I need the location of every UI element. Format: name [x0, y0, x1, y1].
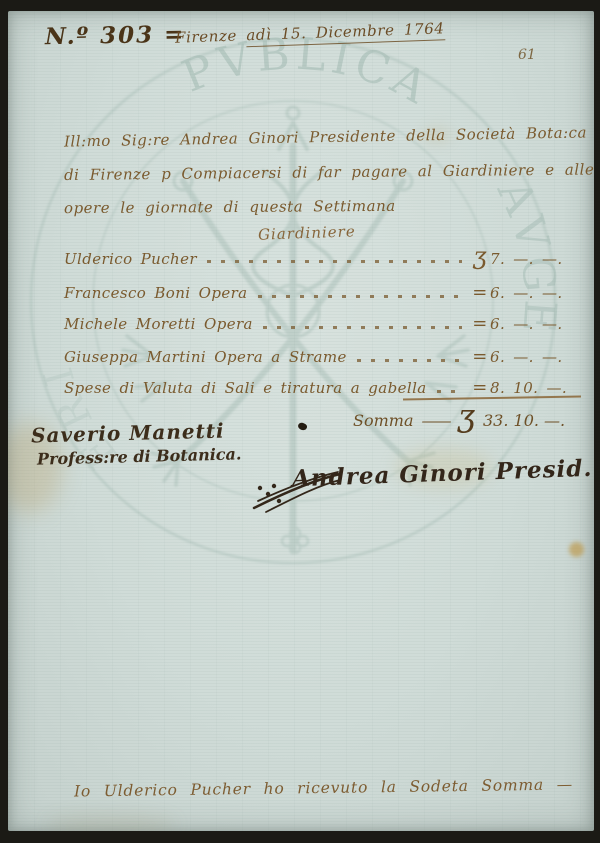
- dateline-date: adì 15. Dicembre 1764: [246, 19, 445, 47]
- ledger-row: Spese di Valuta di Sali e tiratura a gab…: [64, 377, 578, 398]
- dateline-city: Firenze: [175, 27, 237, 47]
- total-label: Somma: [353, 411, 413, 430]
- total-dash: ——: [421, 411, 449, 430]
- paper-stain: [46, 814, 176, 831]
- body-line-2: di Firenze p Compiacersi di far pagare a…: [64, 160, 594, 184]
- folio-number: 61: [518, 47, 536, 63]
- dotted-leader: [207, 260, 462, 263]
- ledger-row: Michele Moretti Opera = 6. —. —.: [64, 313, 578, 334]
- ink-blot: [297, 421, 308, 431]
- equals-mark: =: [470, 282, 490, 303]
- signature-ginori: Andrea Ginori Presid.: [292, 455, 593, 492]
- ledger-row-amount: 7. —. —.: [490, 250, 578, 268]
- dotted-leader: [258, 295, 462, 298]
- ledger-row-amount: 6. —. —.: [490, 284, 578, 302]
- total-amount: 33. 10. —.: [483, 411, 565, 430]
- body-line-3: opere le giornate di questa Settimana: [64, 197, 396, 217]
- dotted-leader: [357, 359, 462, 362]
- dotted-leader: [263, 326, 462, 329]
- equals-mark: =: [470, 377, 490, 398]
- dotted-leader: [437, 390, 462, 393]
- ledger-row-label: Francesco Boni Opera: [64, 284, 248, 302]
- currency-symbol: ʒ: [457, 409, 475, 423]
- ledger-row-amount: 6. —. —.: [490, 348, 578, 366]
- paper-stain: [569, 542, 584, 557]
- currency-symbol: ʒ: [470, 251, 490, 261]
- document-number: N.º 303 =: [45, 21, 186, 50]
- ledger-row-label: Giuseppa Martini Opera a Strame: [64, 348, 347, 366]
- dateline: Firenze adì 15. Dicembre 1764: [175, 19, 445, 46]
- document-page: PVBLICA AVGE ERI N.º 303 = Firenze adì 1…: [8, 11, 594, 831]
- total-line: Somma —— ʒ 33. 10. —.: [353, 409, 565, 430]
- signature-manetti-title: Profess:re di Botanica.: [37, 444, 242, 468]
- ledger-row: Giuseppa Martini Opera a Strame = 6. —. …: [64, 346, 578, 367]
- equals-mark: =: [470, 313, 490, 334]
- signature-manetti: Saverio Manetti: [31, 418, 225, 447]
- ledger-row-amount: 6. —. —.: [490, 315, 578, 333]
- ledger-row-label: Spese di Valuta di Sali e tiratura a gab…: [64, 379, 427, 397]
- ledger-row-amount: 8. 10. —.: [490, 379, 578, 397]
- ledger-row: Francesco Boni Opera = 6. —. —.: [64, 282, 578, 303]
- receipt-line: Io Ulderico Pucher ho ricevuto la Sodeta…: [74, 776, 573, 801]
- ledger-row-label: Ulderico Pucher: [64, 250, 197, 268]
- body-line-1: Ill:mo Sig:re Andrea Ginori Presidente d…: [64, 123, 587, 150]
- ledger-row-label: Michele Moretti Opera: [64, 315, 253, 333]
- ledger-row: Ulderico Pucher ʒ 7. —. —.: [64, 250, 578, 268]
- section-heading: Giardiniere: [258, 222, 356, 243]
- equals-mark: =: [470, 346, 490, 367]
